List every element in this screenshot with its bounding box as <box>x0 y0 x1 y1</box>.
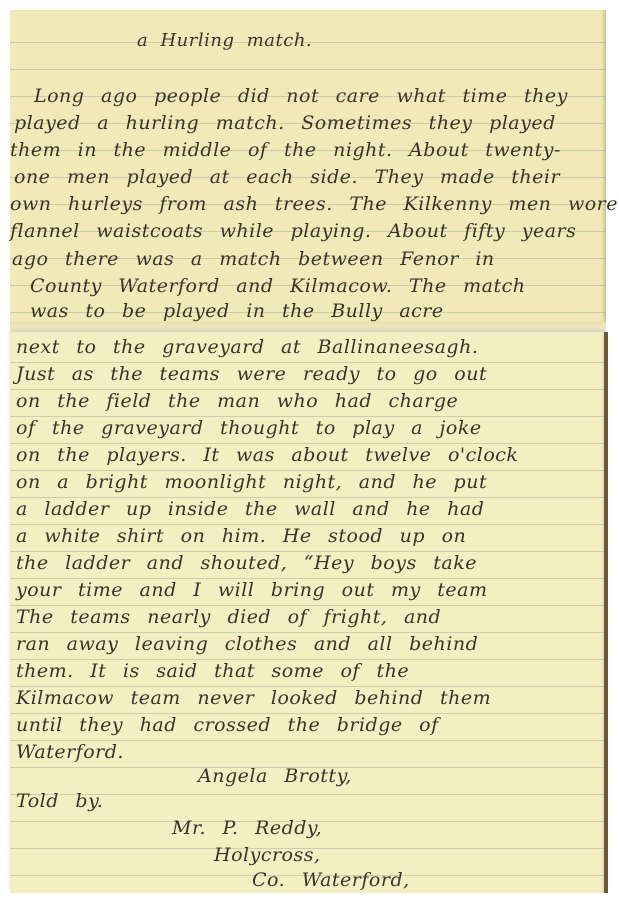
text-line: them in the middle of the night. About t… <box>10 139 561 161</box>
author-signature: Angela Brotty, <box>198 765 352 787</box>
page-seam <box>10 322 606 332</box>
informant-place: Holycross, <box>214 844 321 866</box>
text-line: Long ago people did not care what time t… <box>34 85 568 107</box>
text-line: flannel waistcoats while playing. About … <box>10 220 576 242</box>
text-line: Waterford. <box>16 741 124 763</box>
text-line: on the field the man who had charge <box>16 390 458 412</box>
text-line: own hurleys from ash trees. The Kilkenny… <box>10 193 618 215</box>
text-line: on a bright moonlight night, and he put <box>16 471 487 493</box>
text-line: next to the graveyard at Ballinaneesagh. <box>16 336 478 358</box>
page-edge-shadow <box>604 332 608 893</box>
text-line: ago there was a match between Fenor in <box>12 248 495 270</box>
text-line: Just as the teams were ready to go out <box>16 363 487 385</box>
text-line: played a hurling match. Sometimes they p… <box>14 112 556 134</box>
text-line: your time and I will bring out my team <box>16 579 488 601</box>
text-line: them. It is said that some of the <box>16 660 409 682</box>
told-by-label: Told by. <box>16 790 103 812</box>
text-line: County Waterford and Kilmacow. The match <box>30 275 525 297</box>
text-line: of the graveyard thought to play a joke <box>16 417 482 439</box>
informant-name: Mr. P. Reddy, <box>172 817 322 839</box>
text-line: ran away leaving clothes and all behind <box>16 633 478 655</box>
text-line: until they had crossed the bridge of <box>16 714 439 736</box>
text-line: one men played at each side. They made t… <box>14 166 560 188</box>
text-line: The teams nearly died of fright, and <box>16 606 441 628</box>
informant-county: Co. Waterford, <box>252 869 410 891</box>
text-line: was to be played in the Bully acre <box>30 300 444 322</box>
text-line: on the players. It was about twelve o'cl… <box>16 444 518 466</box>
story-title: a Hurling match. <box>137 30 312 51</box>
text-line: the ladder and shouted, “Hey boys take <box>16 552 477 574</box>
text-line: a white shirt on him. He stood up on <box>16 525 466 547</box>
text-line: Kilmacow team never looked behind them <box>16 687 491 709</box>
text-line: a ladder up inside the wall and he had <box>16 498 484 520</box>
